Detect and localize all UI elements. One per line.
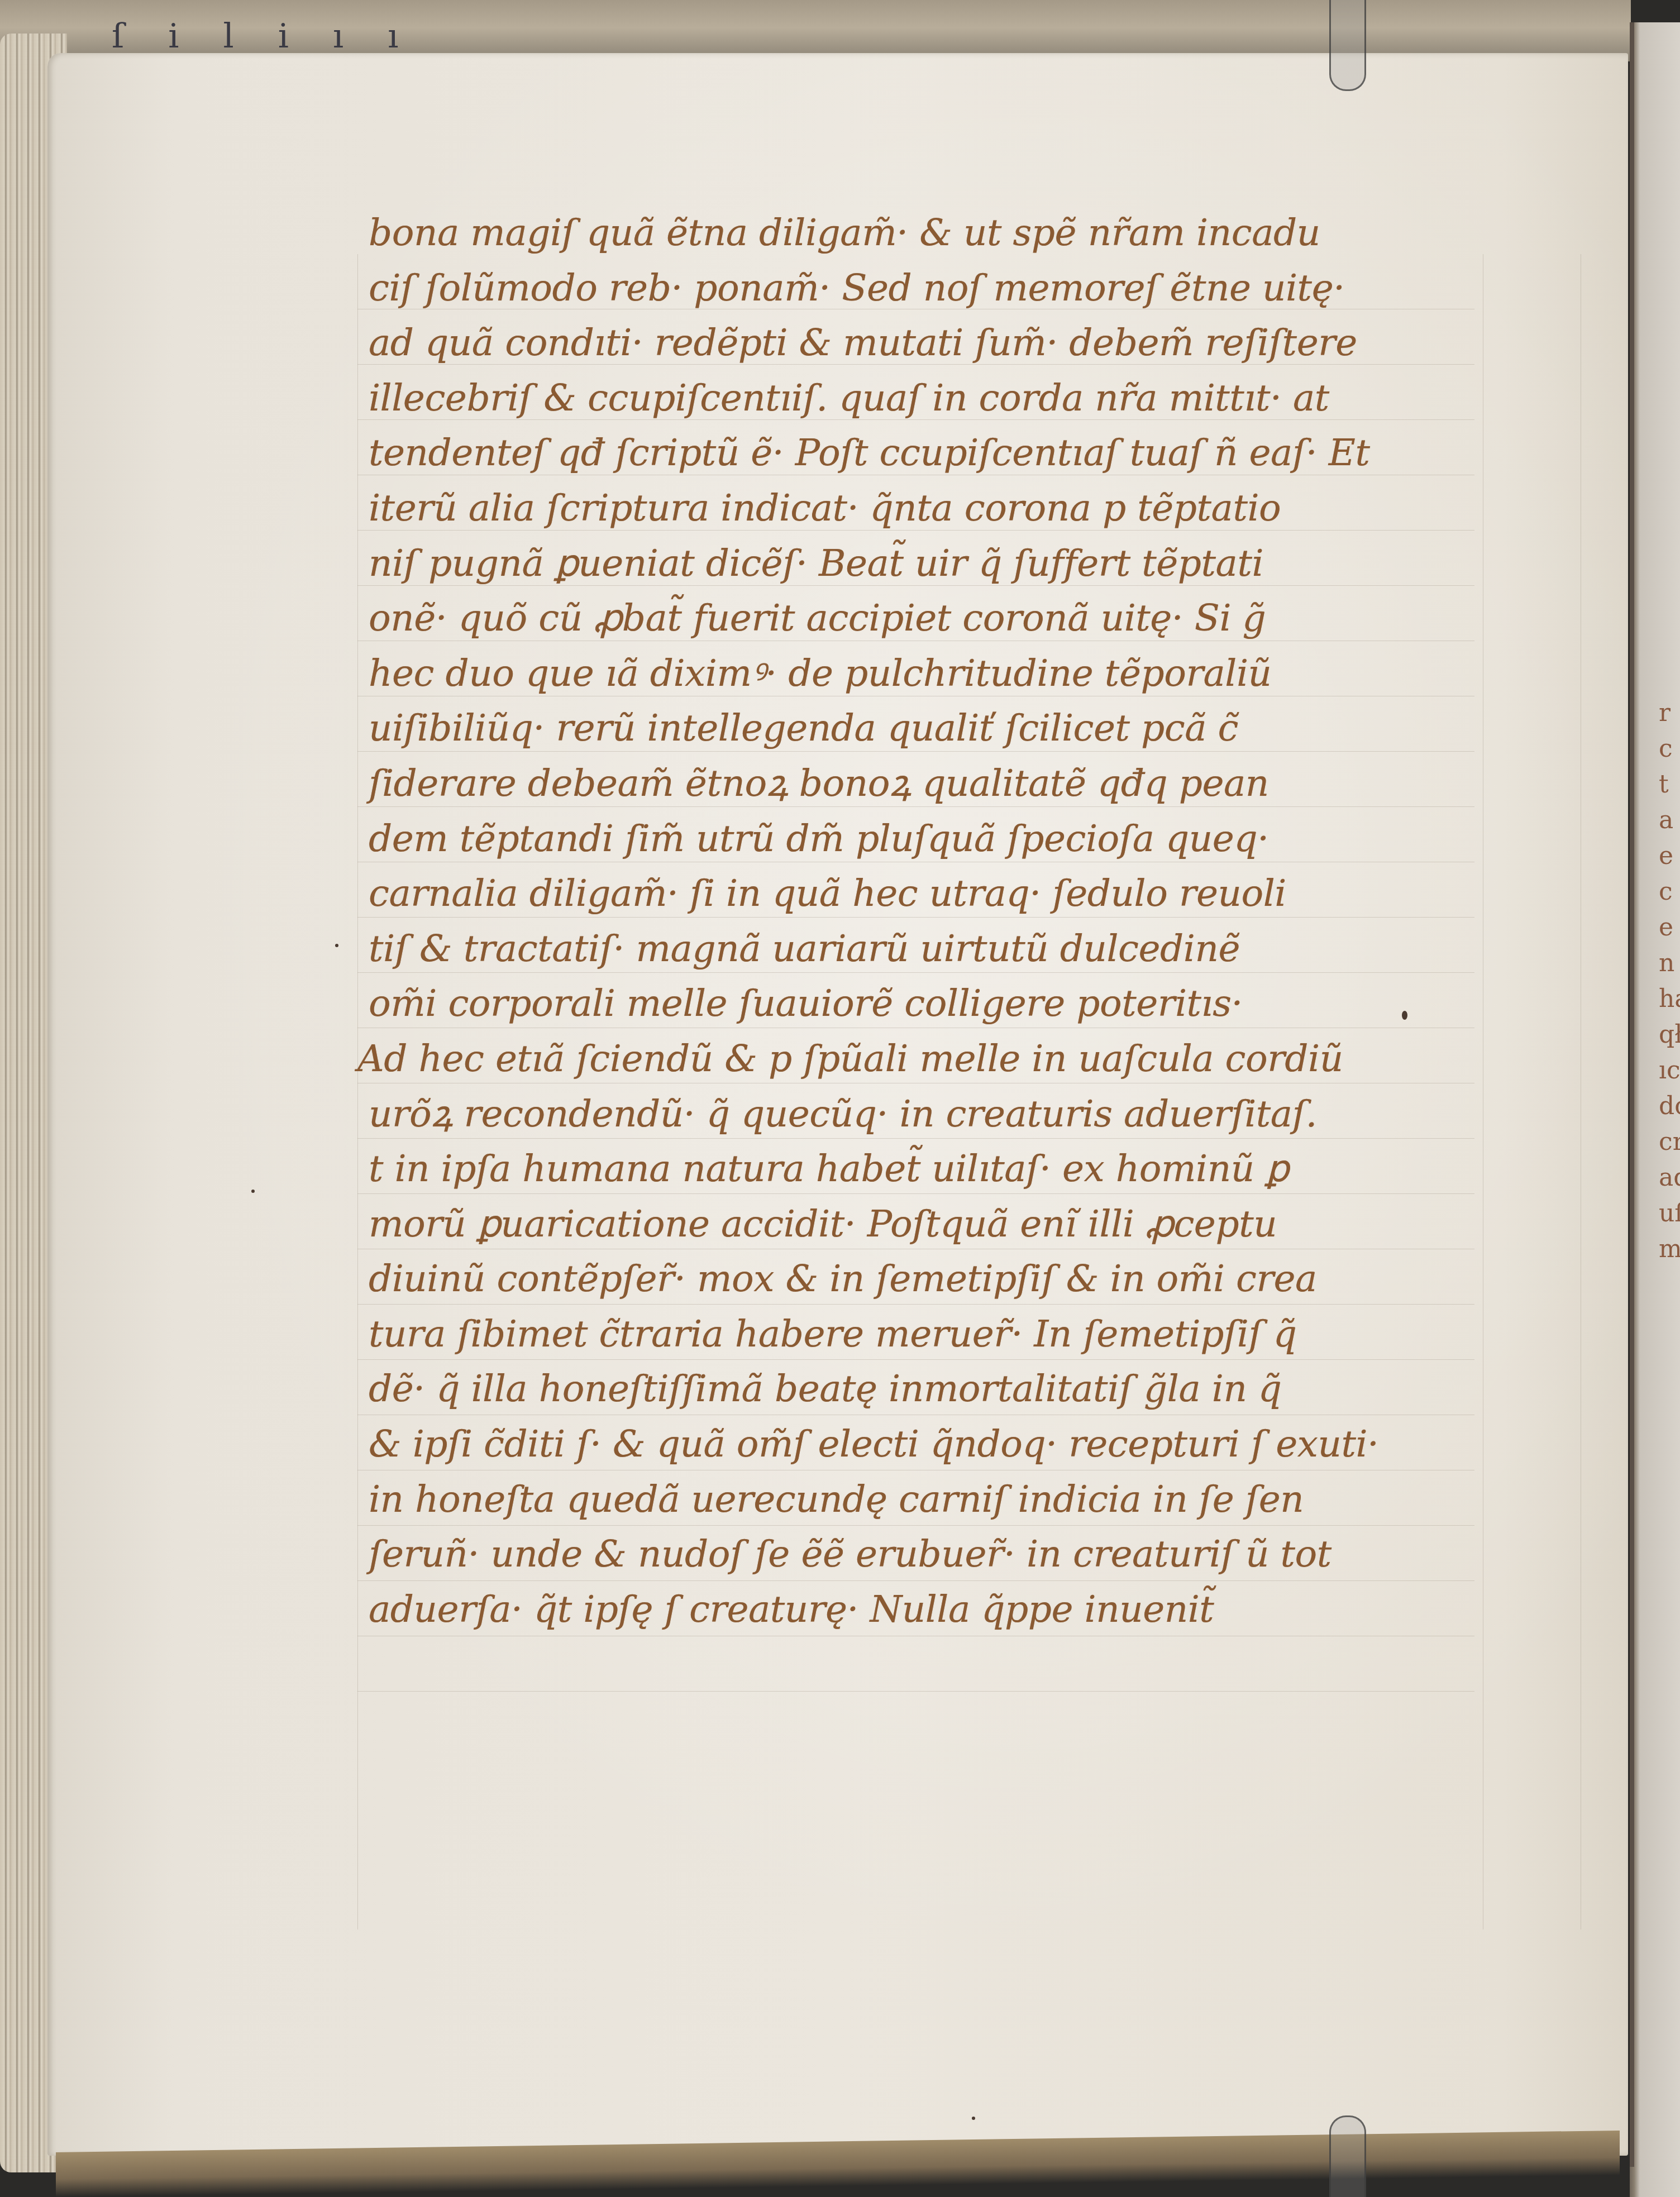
text-line: bona magiſ quã ẽtna diligam̃· & ut spẽ n… [369, 206, 1474, 261]
text-line: ſeruñ· unde & nudoſ ſe ẽẽ erubuer̃· in c… [369, 1527, 1474, 1582]
facing-fragment: uſ [1659, 1196, 1680, 1231]
text-line: morũ ꝑuaricatione accidit· Poſtquã enı̃ … [369, 1197, 1474, 1252]
text-line: om̃i corporali melle ſuauiorẽ colligere … [369, 976, 1474, 1031]
ink-speck [335, 944, 338, 947]
facing-fragment: c [1659, 874, 1680, 910]
facing-fragment: qł [1659, 1017, 1680, 1053]
ink-speck [972, 2117, 975, 2120]
text-line: in honeſta quedã uerecundę carniſ indici… [369, 1472, 1474, 1527]
text-line: tendenteſ qđ ſcriptũ ẽ· Poſt ccupiſcentı… [369, 426, 1474, 481]
text-line: hec duo que ıã diximꝰ· de pulchritudine … [369, 646, 1474, 701]
text-line: ſiderare debeam̃ ẽtnoꝝ bonoꝝ qualitatẽ q… [369, 756, 1474, 811]
glass-page-weight-top [1329, 0, 1366, 91]
text-line: & ipſi c̃diti ſ· & quã om̃ſ electi q̃ndo… [369, 1417, 1474, 1472]
facing-fragment: c [1659, 731, 1680, 767]
facing-fragment: n [1659, 945, 1680, 981]
facing-fragment: ad [1659, 1160, 1680, 1196]
text-line: diuinũ contẽpſer̃· mox & in ſemetipſiſ &… [369, 1252, 1474, 1307]
text-line: aduerſa· q̃t ipſę ſ creaturę· Nulla q̃pp… [369, 1582, 1474, 1637]
text-line: illecebriſ & ccupiſcentıiſ. quaſ in cord… [369, 371, 1474, 426]
text-line: Ad hec etıã ſciendũ & p ſpũali melle in … [357, 1031, 1474, 1087]
facing-fragment: cr [1659, 1124, 1680, 1160]
facing-fragment: a [1659, 803, 1680, 838]
text-line: niſ pugnã ꝑueniat dicẽſ· Beat̃ uir q̃ ſu… [369, 536, 1474, 591]
manuscript-text-block: bona magiſ quã ẽtna diligam̃· & ut spẽ n… [369, 206, 1474, 1637]
text-line: tiſ & tractatiſ· magnã uariarũ uirtutũ d… [369, 921, 1474, 977]
text-line: onẽ· quõ cũ ꝓbat̃ fuerit accipiet coronã… [369, 591, 1474, 646]
top-page-edge: ſ i l i ı ı [0, 0, 1631, 61]
gutter-shadow [1630, 22, 1634, 2167]
text-line: ad quã condıti· redẽpti & mutati ſum̃· d… [369, 316, 1474, 371]
ink-speck [251, 1190, 255, 1193]
text-line: dem tẽptandi ſim̃ utrũ dm̃ pluſquã ſpeci… [369, 811, 1474, 867]
text-line: t in ipſa humana natura habet̃ uilıtaſ· … [369, 1142, 1474, 1197]
right-ruling-line [1483, 254, 1483, 1929]
facing-fragment: r [1659, 695, 1680, 731]
text-line: dẽ· q̃ illa honeſtiſſimã beatę inmortali… [369, 1362, 1474, 1417]
manuscript-scan: ſ i l i ı ı r c t a e c e n ha qł ıc do … [0, 0, 1680, 2197]
facing-fragment: do [1659, 1088, 1680, 1124]
text-line: tura ſibimet c̃traria habere meruer̃· In… [369, 1307, 1474, 1362]
glass-page-weight-bottom [1329, 2115, 1366, 2197]
outer-ruling-line [1581, 254, 1581, 1929]
facing-fragment: t [1659, 767, 1680, 803]
facing-fragment: e [1659, 838, 1680, 874]
text-line: iterũ alia ſcriptura indicat· q̃nta coro… [369, 481, 1474, 536]
facing-leaf-edge: r c t a e c e n ha qł ıc do cr ad uſ m [1630, 22, 1680, 2197]
facing-fragment: ıc [1659, 1053, 1680, 1088]
facing-fragment: m [1659, 1231, 1680, 1267]
facing-fragment: ha [1659, 981, 1680, 1017]
text-line: uiſibiliũq· rerũ intellegenda qualiť ſci… [369, 701, 1474, 756]
text-line: ciſ ſolũmodo reb· ponam̃· Sed noſ memore… [369, 261, 1474, 316]
facing-leaf-text: r c t a e c e n ha qł ıc do cr ad uſ m [1659, 695, 1680, 1267]
top-margin-scribble: ſ i l i ı ı [112, 17, 416, 56]
text-line: urõꝝ recondendũ· q̃ quecũq· in creaturis… [369, 1087, 1474, 1142]
facing-fragment: e [1659, 910, 1680, 945]
ink-blot [1402, 1011, 1407, 1020]
text-line: carnalia diligam̃· ſi in quã hec utraq· … [369, 866, 1474, 921]
